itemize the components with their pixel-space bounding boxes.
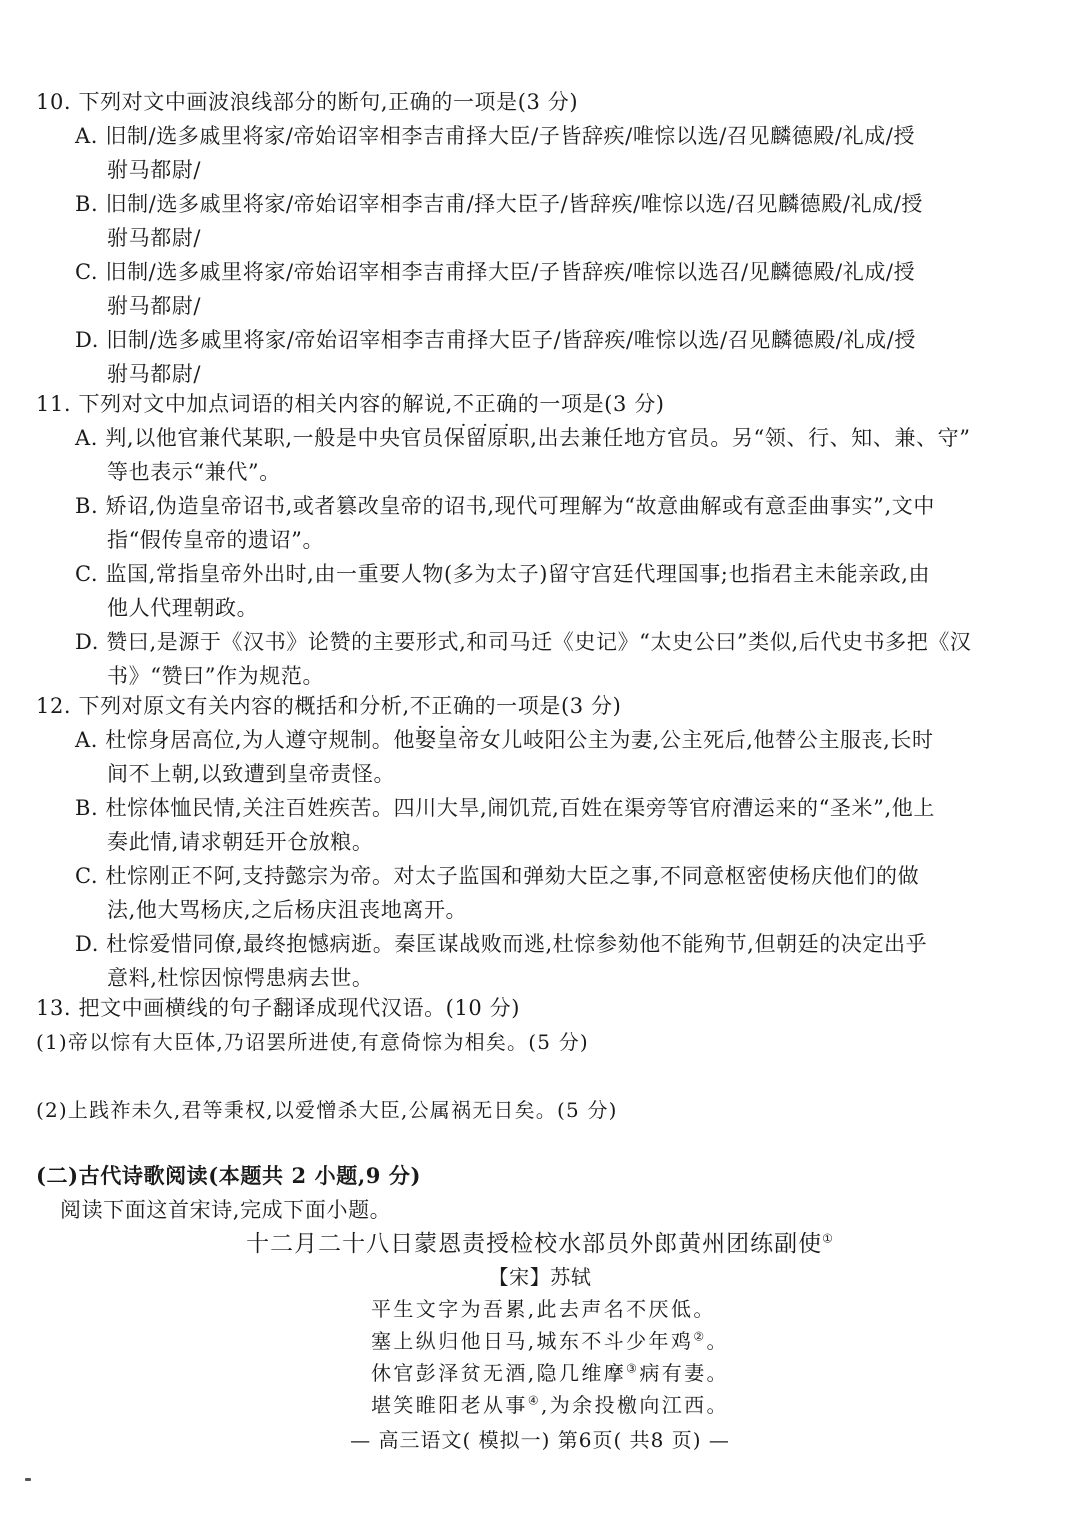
poem-line-text: 休官彭泽贫无酒,隐几维摩 bbox=[371, 1361, 626, 1385]
poem-line-tail: 。 bbox=[707, 1329, 729, 1353]
footnote-marker: ③ bbox=[626, 1361, 639, 1375]
question-11-stem-before: 11. 下列对文中加点词语的相关内容的解说, bbox=[36, 392, 453, 416]
question-12-option-d: D. 杜悰爱惜同僚,最终抱憾病逝。秦匡谋战败而逃,杜悰参劾他不能殉节,但朝廷的决… bbox=[75, 929, 927, 959]
question-11-stem-after: 的一项是(3 分) bbox=[518, 392, 665, 416]
poem-line-tail: 病有妻。 bbox=[639, 1361, 729, 1385]
question-11-option-b-cont: 指“假传皇帝的遗诏”。 bbox=[107, 525, 324, 555]
poem-line-tail: ,为余投檄向江西。 bbox=[541, 1393, 729, 1417]
question-10-stem: 10. 下列对文中画波浪线部分的断句,正确的一项是(3 分) bbox=[36, 87, 578, 117]
emphasis-char: 正 bbox=[475, 389, 497, 419]
question-12-option-b: B. 杜悰体恤民情,关注百姓疾苦。四川大旱,闹饥荒,百姓在渠旁等官府漕运来的“圣… bbox=[75, 793, 935, 823]
question-12-option-d-cont: 意料,杜悰因惊愕患病去世。 bbox=[107, 963, 373, 993]
footnote-marker: ② bbox=[693, 1329, 706, 1343]
scan-speck bbox=[25, 1478, 31, 1481]
question-11-option-a: A. 判,以他官兼代某职,一般是中央官员保留原职,出去兼任地方官员。另“领、行、… bbox=[75, 423, 971, 453]
poem-line-text: 塞上纵归他日马,城东不斗少年鸡 bbox=[371, 1329, 693, 1353]
question-13-stem: 13. 把文中画横线的句子翻译成现代汉语。(10 分) bbox=[36, 993, 520, 1023]
emphasis-char: 确 bbox=[453, 691, 475, 721]
question-12-option-a: A. 杜悰身居高位,为人遵守规制。他娶皇帝女儿岐阳公主为妻,公主死后,他替公主服… bbox=[75, 725, 934, 755]
poem-line-text: 堪笑睢阳老从事 bbox=[371, 1393, 528, 1417]
section-heading: (二)古代诗歌阅读(本题共 2 小题,9 分) bbox=[36, 1161, 421, 1191]
question-11-option-d: D. 赞曰,是源于《汉书》论赞的主要形式,和司马迁《史记》“太史公曰”类似,后代… bbox=[75, 627, 972, 657]
poem-line-3: 休官彭泽贫无酒,隐几维摩③病有妻。 bbox=[371, 1358, 729, 1388]
poem-author: 【宋】苏轼 bbox=[0, 1262, 1080, 1292]
question-10-option-a: A. 旧制/选多戚里将家/帝始诏宰相李吉甫择大臣/子皆辞疾/唯悰以选/召见麟德殿… bbox=[75, 121, 915, 151]
question-11-option-d-cont: 书》“赞曰”作为规范。 bbox=[107, 661, 324, 691]
footnote-marker: ④ bbox=[528, 1393, 541, 1407]
question-11-option-a-cont: 等也表示“兼代”。 bbox=[107, 457, 281, 487]
emphasis-char: 不 bbox=[453, 389, 475, 419]
emphasis-char: 不 bbox=[410, 691, 432, 721]
question-12-stem: 12. 下列对原文有关内容的概括和分析,不正确的一项是(3 分) bbox=[36, 691, 621, 721]
emphasis-char: 确 bbox=[496, 389, 518, 419]
question-12-option-a-cont: 间不上朝,以致遭到皇帝责怪。 bbox=[107, 759, 395, 789]
poem-line-text: 平生文字为吾累,此去声名不厌低。 bbox=[371, 1297, 716, 1321]
question-11-option-b: B. 矫诏,伪造皇帝诏书,或者篡改皇帝的诏书,现代可理解为“故意曲解或有意歪曲事… bbox=[75, 491, 935, 521]
question-10-option-a-cont: 驸马都尉/ bbox=[107, 155, 201, 185]
question-12-option-b-cont: 奏此情,请求朝廷开仓放粮。 bbox=[107, 827, 373, 857]
question-10-option-b-cont: 驸马都尉/ bbox=[107, 223, 201, 253]
question-10-option-c: C. 旧制/选多戚里将家/帝始诏宰相李吉甫择大臣/子皆辞疾/唯悰以选召/见麟德殿… bbox=[75, 257, 915, 287]
question-12-option-c: C. 杜悰刚正不阿,支持懿宗为帝。对太子监国和弹劾大臣之事,不同意枢密使杨庆他们… bbox=[75, 861, 919, 891]
poem-title-text: 十二月二十八日蒙恩责授检校水部员外郎黄州团练副使 bbox=[246, 1231, 822, 1257]
question-10-option-d: D. 旧制/选多戚里将家/帝始诏宰相李吉甫择大臣子/皆辞疾/唯悰以选/召见麟德殿… bbox=[75, 325, 916, 355]
question-13-part-2: (2)上践祚未久,君等秉权,以爱憎杀大臣,公属祸无日矣。(5 分) bbox=[36, 1095, 618, 1125]
page-footer: — 高三语文( 模拟一) 第6页( 共8 页) — bbox=[0, 1425, 1080, 1455]
question-10-option-b: B. 旧制/选多戚里将家/帝始诏宰相李吉甫/择大臣子/皆辞疾/唯悰以选/召见麟德… bbox=[75, 189, 923, 219]
footnote-marker: ① bbox=[822, 1231, 834, 1245]
poem-line-4: 堪笑睢阳老从事④,为余投檄向江西。 bbox=[371, 1390, 729, 1420]
question-12-stem-before: 12. 下列对原文有关内容的概括和分析, bbox=[36, 694, 410, 718]
question-11-option-c: C. 监国,常指皇帝外出时,由一重要人物(多为太子)留守宫廷代理国事;也指君主未… bbox=[75, 559, 930, 589]
section-intro: 阅读下面这首宋诗,完成下面小题。 bbox=[60, 1195, 391, 1225]
question-13-part-1: (1)帝以悰有大臣体,乃诏罢所进使,有意倚悰为相矣。(5 分) bbox=[36, 1027, 589, 1057]
poem-line-1: 平生文字为吾累,此去声名不厌低。 bbox=[371, 1294, 716, 1324]
emphasis-char: 正 bbox=[431, 691, 453, 721]
question-11-option-c-cont: 他人代理朝政。 bbox=[107, 593, 258, 623]
question-10-option-c-cont: 驸马都尉/ bbox=[107, 291, 201, 321]
poem-title: 十二月二十八日蒙恩责授检校水部员外郎黄州团练副使① bbox=[0, 1229, 1080, 1259]
question-11-stem: 11. 下列对文中加点词语的相关内容的解说,不正确的一项是(3 分) bbox=[36, 389, 665, 419]
question-12-stem-after: 的一项是(3 分) bbox=[475, 694, 622, 718]
question-12-option-c-cont: 法,他大骂杨庆,之后杨庆沮丧地离开。 bbox=[107, 895, 467, 925]
exam-page: 10. 下列对文中画波浪线部分的断句,正确的一项是(3 分) A. 旧制/选多戚… bbox=[0, 0, 1080, 1525]
question-10-option-d-cont: 驸马都尉/ bbox=[107, 359, 201, 389]
poem-line-2: 塞上纵归他日马,城东不斗少年鸡②。 bbox=[371, 1326, 729, 1356]
